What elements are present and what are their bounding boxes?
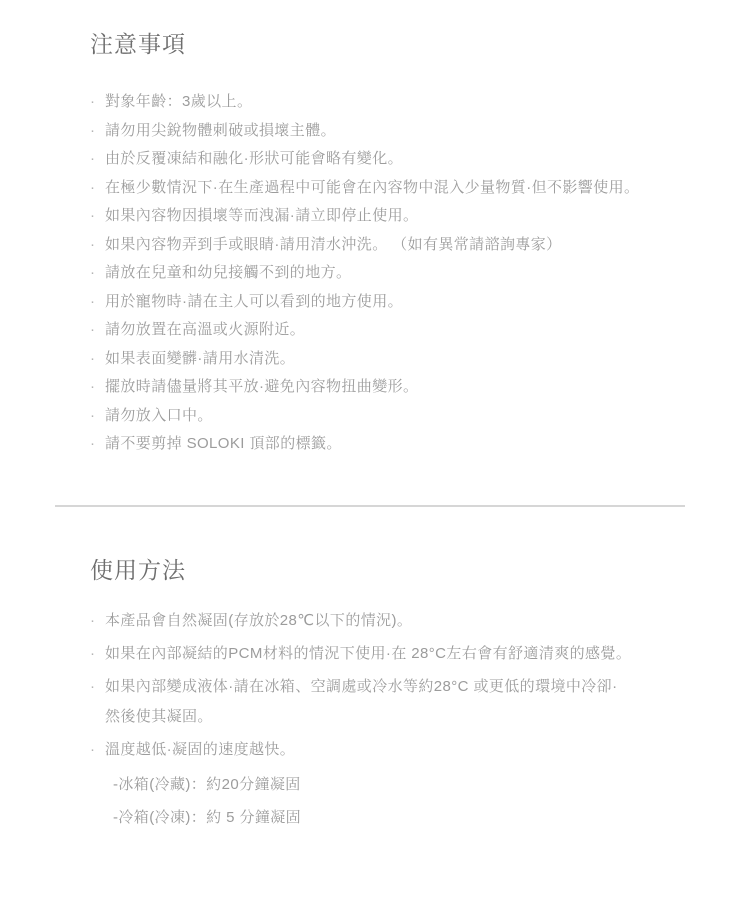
bullet-dot-icon: · (90, 606, 105, 636)
list-item: · 溫度越低·凝固的速度越快。 (90, 735, 710, 765)
section-precautions: 注意事項 · 對象年齡：3歲以上。 · 請勿用尖銳物體刺破或損壞主體。 · 由於… (0, 0, 750, 459)
list-item-text: 請放在兒童和幼兒接觸不到的地方。 (105, 259, 710, 288)
precautions-title: 注意事項 (90, 0, 750, 58)
list-item-text: 由於反覆凍結和融化·形狀可能會略有變化。 (105, 145, 710, 174)
bullet-dot-icon: · (90, 672, 105, 702)
list-item-text: 如果內容物弄到手或眼睛·請用清水沖洗。 （如有異常請諮詢專家） (105, 231, 710, 260)
usage-list: · 本產品會自然凝固(存放於28℃以下的情況)。 · 如果在內部凝結的PCM材料… (90, 606, 710, 765)
precautions-list: · 對象年齡：3歲以上。 · 請勿用尖銳物體刺破或損壞主體。 · 由於反覆凍結和… (90, 88, 710, 459)
list-item-text: 如果內容物因損壞等而洩漏·請立即停止使用。 (105, 202, 710, 231)
list-item-text: 請勿放置在高溫或火源附近。 (105, 316, 710, 345)
usage-title: 使用方法 (90, 507, 750, 584)
list-item-text: 請勿用尖銳物體刺破或損壞主體。 (105, 117, 710, 146)
bullet-dot-icon: · (90, 259, 105, 288)
list-item-text: 請不要剪掉 SOLOKI 頂部的標籤。 (105, 430, 710, 459)
list-item: · 請勿放入口中。 (90, 402, 710, 431)
bullet-dot-icon: · (90, 639, 105, 669)
list-item: · 如果內容物弄到手或眼睛·請用清水沖洗。 （如有異常請諮詢專家） (90, 231, 710, 260)
bullet-dot-icon: · (90, 316, 105, 345)
list-item: · 請勿放置在高溫或火源附近。 (90, 316, 710, 345)
list-item-text: 如果表面變髒·請用水清洗。 (105, 345, 710, 374)
sub-list-item: -冰箱(冷藏)：約20分鐘凝固 (113, 768, 750, 801)
sub-list-item: -冷箱(冷凍)：約 5 分鐘凝固 (113, 801, 750, 834)
bullet-dot-icon: · (90, 345, 105, 374)
list-item: · 請不要剪掉 SOLOKI 頂部的標籤。 (90, 430, 710, 459)
list-item-text: 用於寵物時·請在主人可以看到的地方使用。 (105, 288, 710, 317)
list-item-text: 如果內部變成液体·請在冰箱、空調處或冷水等約28°C 或更低的環境中冷卻· 然後… (105, 672, 710, 732)
list-item-text: 請勿放入口中。 (105, 402, 710, 431)
list-item-text: 本產品會自然凝固(存放於28℃以下的情況)。 (105, 606, 710, 636)
bullet-dot-icon: · (90, 373, 105, 402)
list-item-text: 如果在內部凝結的PCM材料的情況下使用·在 28°C左右會有舒適清爽的感覺。 (105, 639, 710, 669)
bullet-dot-icon: · (90, 402, 105, 431)
document-page: 注意事項 · 對象年齡：3歲以上。 · 請勿用尖銳物體刺破或損壞主體。 · 由於… (0, 0, 750, 922)
bullet-dot-icon: · (90, 231, 105, 260)
list-item: · 如果表面變髒·請用水清洗。 (90, 345, 710, 374)
list-item-text: 對象年齡：3歲以上。 (105, 88, 710, 117)
list-item: · 如果內部變成液体·請在冰箱、空調處或冷水等約28°C 或更低的環境中冷卻· … (90, 672, 710, 732)
list-item: · 本產品會自然凝固(存放於28℃以下的情況)。 (90, 606, 710, 636)
bullet-dot-icon: · (90, 145, 105, 174)
list-item: · 對象年齡：3歲以上。 (90, 88, 710, 117)
list-item-text: 在極少數情況下·在生產過程中可能會在內容物中混入少量物質·但不影響使用。 (105, 174, 710, 203)
bullet-dot-icon: · (90, 202, 105, 231)
section-usage: 使用方法 · 本產品會自然凝固(存放於28℃以下的情況)。 · 如果在內部凝結的… (0, 507, 750, 834)
list-item: · 如果內容物因損壞等而洩漏·請立即停止使用。 (90, 202, 710, 231)
bullet-dot-icon: · (90, 430, 105, 459)
freeze-time-sub-list: -冰箱(冷藏)：約20分鐘凝固 -冷箱(冷凍)：約 5 分鐘凝固 (113, 768, 750, 834)
list-item: · 請放在兒童和幼兒接觸不到的地方。 (90, 259, 710, 288)
list-item: · 在極少數情況下·在生產過程中可能會在內容物中混入少量物質·但不影響使用。 (90, 174, 710, 203)
list-item-text: 擺放時請儘量將其平放·避免內容物扭曲變形。 (105, 373, 710, 402)
list-item: · 由於反覆凍結和融化·形狀可能會略有變化。 (90, 145, 710, 174)
bullet-dot-icon: · (90, 288, 105, 317)
list-item: · 擺放時請儘量將其平放·避免內容物扭曲變形。 (90, 373, 710, 402)
list-item: · 用於寵物時·請在主人可以看到的地方使用。 (90, 288, 710, 317)
bullet-dot-icon: · (90, 735, 105, 765)
list-item: · 請勿用尖銳物體刺破或損壞主體。 (90, 117, 710, 146)
list-item-text: 溫度越低·凝固的速度越快。 (105, 735, 710, 765)
bullet-dot-icon: · (90, 174, 105, 203)
bullet-dot-icon: · (90, 117, 105, 146)
list-item: · 如果在內部凝結的PCM材料的情況下使用·在 28°C左右會有舒適清爽的感覺。 (90, 639, 710, 669)
bullet-dot-icon: · (90, 88, 105, 117)
